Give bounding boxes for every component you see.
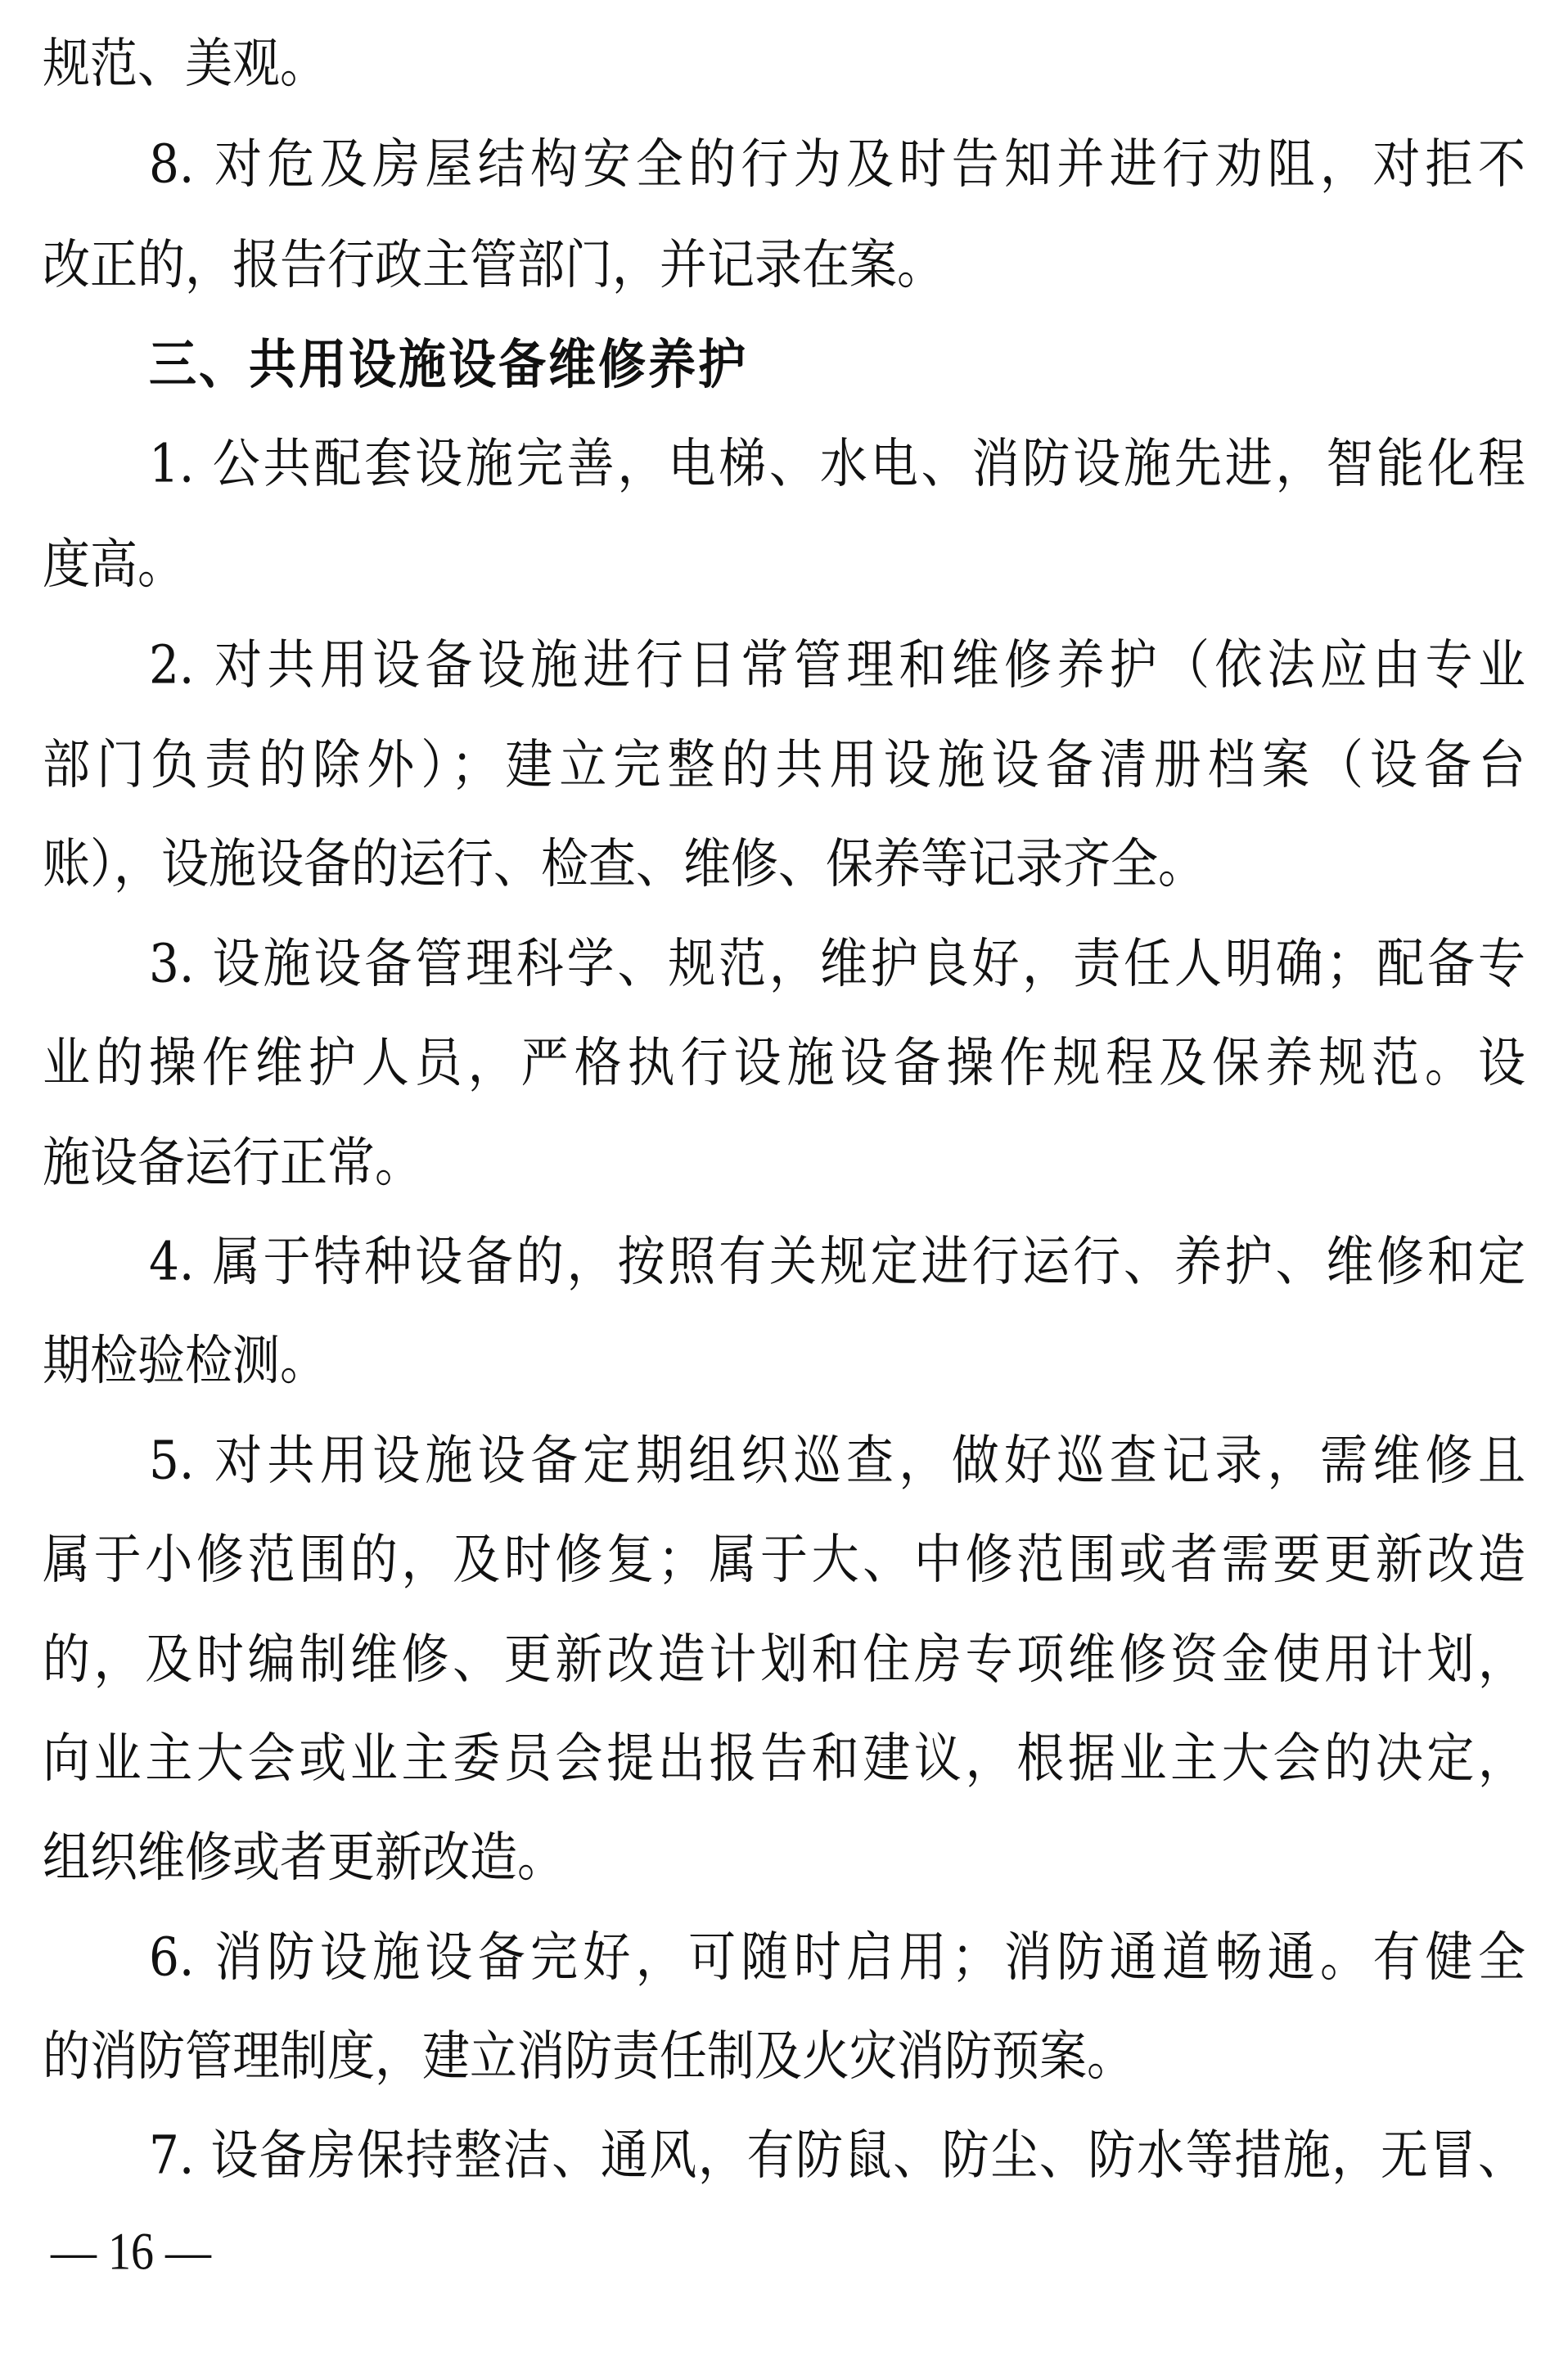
list-item-6: 6. 消防设施设备完好，可随时启用；消防通道畅通。有健全 (43, 1911, 1525, 2003)
list-item-4: 4. 属于特种设备的，按照有关规定进行运行、养护、维修和定 (43, 1215, 1525, 1307)
text-line-19: 组织维修或者更新改造。 (43, 1811, 1525, 1903)
list-item-5: 5. 对共用设施设备定期组织巡查，做好巡查记录，需维修且 (43, 1414, 1525, 1506)
text-line-11: 业的操作维护人员，严格执行设施设备操作规程及保养规范。设 (43, 1016, 1525, 1108)
text-line-12: 施设备运行正常。 (43, 1116, 1525, 1208)
section-heading: 三、共用设施设备维修养护 (43, 318, 1525, 410)
text-line-17: 的，及时编制维修、更新改造计划和住房专项维修资金使用计划， (43, 1613, 1525, 1705)
text-line-16: 属于小修范围的，及时修复；属于大、中修范围或者需要更新改造 (43, 1513, 1525, 1605)
text-line-6: 度高。 (43, 518, 1525, 610)
text-line-21: 的消防管理制度，建立消防责任制及火灾消防预案。 (43, 2010, 1525, 2102)
list-item-3: 3. 设施设备管理科学、规范，维护良好，责任人明确；配备专 (43, 917, 1525, 1009)
list-item-2: 2. 对共用设备设施进行日常管理和维修养护（依法应由专业 (43, 619, 1525, 710)
text-line-9: 账），设施设备的运行、检查、维修、保养等记录齐全。 (43, 818, 1525, 909)
list-item-8: 8. 对危及房屋结构安全的行为及时告知并进行劝阻，对拒不 (43, 118, 1525, 210)
text-line-1: 规范、美观。 (43, 17, 1525, 109)
page-number: — 16 — (51, 2215, 211, 2290)
list-item-1: 1. 公共配套设施完善，电梯、水电、消防设施先进，智能化程 (43, 417, 1525, 509)
text-line-3: 改正的，报告行政主管部门，并记录在案。 (43, 219, 1525, 310)
text-line-14: 期检验检测。 (43, 1314, 1525, 1406)
list-item-7: 7. 设备房保持整洁、通风，有防鼠、防尘、防水等措施，无冒、 (43, 2109, 1525, 2201)
document-page: 规范、美观。 8. 对危及房屋结构安全的行为及时告知并进行劝阻，对拒不 改正的，… (0, 0, 1568, 2370)
text-line-18: 向业主大会或业主委员会提出报告和建议，根据业主大会的决定， (43, 1712, 1525, 1804)
text-line-8: 部门负责的除外）；建立完整的共用设施设备清册档案（设备台 (43, 719, 1525, 810)
